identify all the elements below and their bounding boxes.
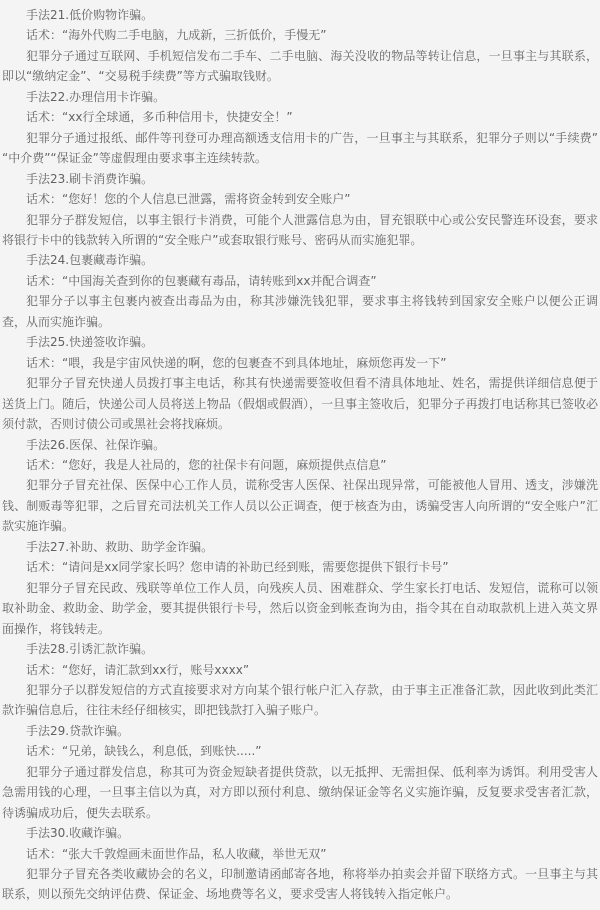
- method-section-28: 手法28.引诱汇款诈骗。 话术：“您好，请汇款到xx行，账号xxxx” 犯罪分子…: [2, 639, 598, 721]
- method-description: 犯罪分子冒充快递人员拨打事主电话，称其有快递需要签收但看不清具体地址、姓名，需提…: [2, 373, 598, 434]
- method-title: 手法24.包裹藏毒诈骗。: [2, 250, 598, 270]
- method-script: 话术：“您好，我是人社局的，您的社保卡有问题，麻烦提供点信息”: [2, 455, 598, 475]
- method-section-30: 手法30.收藏诈骗。 话术：“张大千敦煌画未面世作品，私人收藏，举世无双” 犯罪…: [2, 823, 598, 905]
- method-description: 犯罪分子冒充民政、残联等单位工作人员，向残疾人员、困难群众、学生家长打电话、发短…: [2, 578, 598, 639]
- method-section-23: 手法23.刷卡消费诈骗。 话术：“您好！您的个人信息已泄露，需将资金转到安全账户…: [2, 169, 598, 251]
- method-section-21: 手法21.低价购物诈骗。 话术：“海外代购二手电脑，九成新，三折低价，手慢无” …: [2, 5, 598, 87]
- method-description: 犯罪分子冒充社保、医保中心工作人员，谎称受害人医保、社保出现异常，可能被他人冒用…: [2, 475, 598, 536]
- method-title: 手法25.快递签收诈骗。: [2, 332, 598, 352]
- method-script: 话术：“中国海关查到你的包裹藏有毒品，请转账到xx并配合调查”: [2, 271, 598, 291]
- method-title: 手法28.引诱汇款诈骗。: [2, 639, 598, 659]
- method-script: 话术：“喂，我是宇宙风快递的啊，您的包裹查不到具体地址，麻烦您再发一下”: [2, 353, 598, 373]
- method-script: 话术：“张大千敦煌画未面世作品，私人收藏，举世无双”: [2, 844, 598, 864]
- method-title: 手法26.医保、社保诈骗。: [2, 435, 598, 455]
- method-script: 话术：“请问是xx同学家长吗？您申请的补助已经到账，需要您提供下银行卡号”: [2, 557, 598, 577]
- method-section-29: 手法29.贷款诈骗。 话术：“兄弟，缺钱么，利息低，到账快.....” 犯罪分子…: [2, 721, 598, 823]
- method-description: 犯罪分子冒充各类收藏协会的名义，印制邀请函邮寄各地，称将举办拍卖会并留下联络方式…: [2, 864, 598, 905]
- method-script: 话术：“海外代购二手电脑，九成新，三折低价，手慢无”: [2, 25, 598, 45]
- method-title: 手法27.补助、救助、助学金诈骗。: [2, 537, 598, 557]
- method-section-26: 手法26.医保、社保诈骗。 话术：“您好，我是人社局的，您的社保卡有问题，麻烦提…: [2, 435, 598, 537]
- method-section-25: 手法25.快递签收诈骗。 话术：“喂，我是宇宙风快递的啊，您的包裹查不到具体地址…: [2, 332, 598, 434]
- method-title: 手法22.办理信用卡诈骗。: [2, 87, 598, 107]
- method-description: 犯罪分子通过群发信息，称其可为资金短缺者提供贷款，以无抵押、无需担保、低利率为诱…: [2, 762, 598, 823]
- method-script: 话术：“您好，请汇款到xx行，账号xxxx”: [2, 660, 598, 680]
- method-description: 犯罪分子以事主包裹内被查出毒品为由，称其涉嫌洗钱犯罪，要求事主将钱转到国家安全账…: [2, 291, 598, 332]
- fraud-methods-article: 手法21.低价购物诈骗。 话术：“海外代购二手电脑，九成新，三折低价，手慢无” …: [0, 0, 600, 905]
- method-script: 话术：“xx行全球通，多币种信用卡，快捷安全！”: [2, 107, 598, 127]
- method-section-22: 手法22.办理信用卡诈骗。 话术：“xx行全球通，多币种信用卡，快捷安全！” 犯…: [2, 87, 598, 169]
- method-section-24: 手法24.包裹藏毒诈骗。 话术：“中国海关查到你的包裹藏有毒品，请转账到xx并配…: [2, 250, 598, 332]
- method-description: 犯罪分子通过互联网、手机短信发布二手车、二手电脑、海关没收的物品等转让信息，一旦…: [2, 46, 598, 87]
- method-section-27: 手法27.补助、救助、助学金诈骗。 话术：“请问是xx同学家长吗？您申请的补助已…: [2, 537, 598, 639]
- method-description: 犯罪分子以群发短信的方式直接要求对方向某个银行帐户汇入存款，由于事主正准备汇款，…: [2, 680, 598, 721]
- method-title: 手法30.收藏诈骗。: [2, 823, 598, 843]
- method-title: 手法21.低价购物诈骗。: [2, 5, 598, 25]
- method-title: 手法29.贷款诈骗。: [2, 721, 598, 741]
- method-description: 犯罪分子群发短信，以事主银行卡消费，可能个人泄露信息为由，冒充银联中心或公安民警…: [2, 210, 598, 251]
- method-title: 手法23.刷卡消费诈骗。: [2, 169, 598, 189]
- method-script: 话术：“您好！您的个人信息已泄露，需将资金转到安全账户”: [2, 189, 598, 209]
- method-description: 犯罪分子通过报纸、邮件等刊登可办理高额透支信用卡的广告，一旦事主与其联系，犯罪分…: [2, 128, 598, 169]
- method-script: 话术：“兄弟，缺钱么，利息低，到账快.....”: [2, 741, 598, 761]
